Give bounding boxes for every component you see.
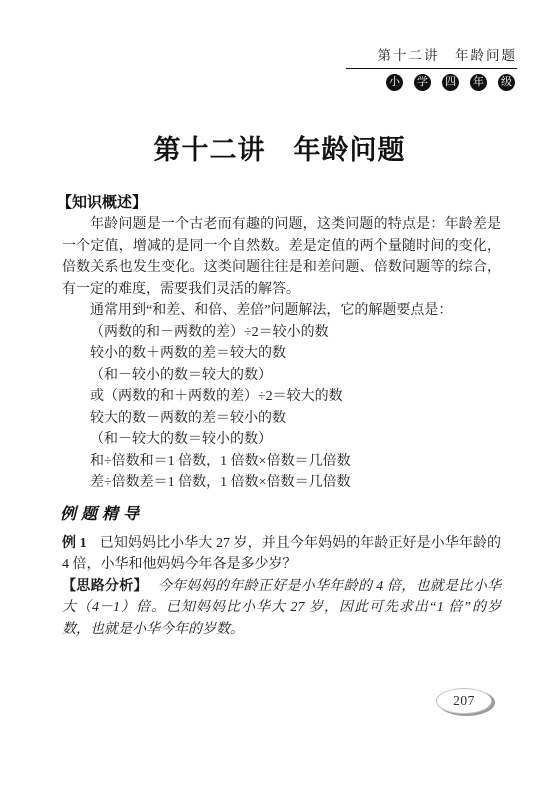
page-header: 第十二讲 年龄问题 小 学 四 年 级 — [0, 48, 517, 91]
knowledge-heading: 【知识概述】 — [57, 192, 501, 214]
formula-line: 和÷倍数和＝1 倍数，1 倍数×倍数＝几倍数 — [62, 451, 501, 473]
page-number-oval: 207 — [436, 688, 492, 714]
example-1: 例 1已知妈妈比小华大 27 岁，并且今年妈妈的年龄正好是小华年龄的 4 倍，小… — [62, 533, 501, 576]
page-number: 207 — [453, 693, 475, 709]
knowledge-section: 【知识概述】 年龄问题是一个古老而有趣的问题，这类问题的特点是：年龄差是一个定值… — [62, 192, 501, 494]
chapter-title: 第十二讲 年龄问题 — [0, 135, 559, 165]
grade-badge-row: 小 学 四 年 级 — [0, 74, 515, 91]
formula-line: 较大的数－两数的差＝较小的数 — [62, 408, 501, 430]
book-page: 第十二讲 年龄问题 小 学 四 年 级 第十二讲 年龄问题 【知识概述】 年龄问… — [0, 0, 559, 785]
formula-line: 或（两数的和＋两数的差）÷2＝较大的数 — [62, 386, 501, 408]
examples-section: 例题精导 例 1已知妈妈比小华大 27 岁，并且今年妈妈的年龄正好是小华年龄的 … — [62, 503, 501, 641]
formula-line: 较小的数＋两数的差＝较大的数 — [62, 343, 501, 365]
grade-badge-char: 学 — [414, 74, 431, 91]
formula-list: （两数的和－两数的差）÷2＝较小的数 较小的数＋两数的差＝较大的数 （和－较小的… — [62, 322, 501, 494]
analysis-label: 【思路分析】 — [62, 579, 148, 594]
running-head: 第十二讲 年龄问题 — [0, 48, 517, 64]
formula-line: （两数的和－两数的差）÷2＝较小的数 — [62, 322, 501, 344]
formula-line: （和－较小的数＝较大的数） — [62, 365, 501, 387]
header-rule — [346, 68, 517, 69]
examples-heading: 例题精导 — [60, 503, 501, 527]
grade-badge-char: 四 — [442, 74, 459, 91]
grade-badge-char: 年 — [470, 74, 487, 91]
example-1-question: 已知妈妈比小华大 27 岁，并且今年妈妈的年龄正好是小华年龄的 4 倍，小华和他… — [62, 536, 501, 573]
grade-badge-char: 级 — [498, 74, 515, 91]
knowledge-intro-paragraph: 年龄问题是一个古老而有趣的问题，这类问题的特点是：年龄差是一个定值，增减的是同一… — [62, 214, 501, 300]
example-1-analysis: 【思路分析】今年妈妈的年龄正好是小华年龄的 4 倍，也就是比小华大（4－1）倍。… — [62, 576, 501, 641]
page-content: 【知识概述】 年龄问题是一个古老而有趣的问题，这类问题的特点是：年龄差是一个定值… — [62, 192, 501, 640]
grade-badge-char: 小 — [386, 74, 403, 91]
example-1-label: 例 1 — [62, 536, 87, 551]
method-intro-paragraph: 通常用到“和差、和倍、差倍”问题解法，它的解题要点是： — [62, 300, 501, 322]
formula-line: 差÷倍数差＝1 倍数，1 倍数×倍数＝几倍数 — [62, 472, 501, 494]
formula-line: （和－较大的数＝较小的数） — [62, 429, 501, 451]
